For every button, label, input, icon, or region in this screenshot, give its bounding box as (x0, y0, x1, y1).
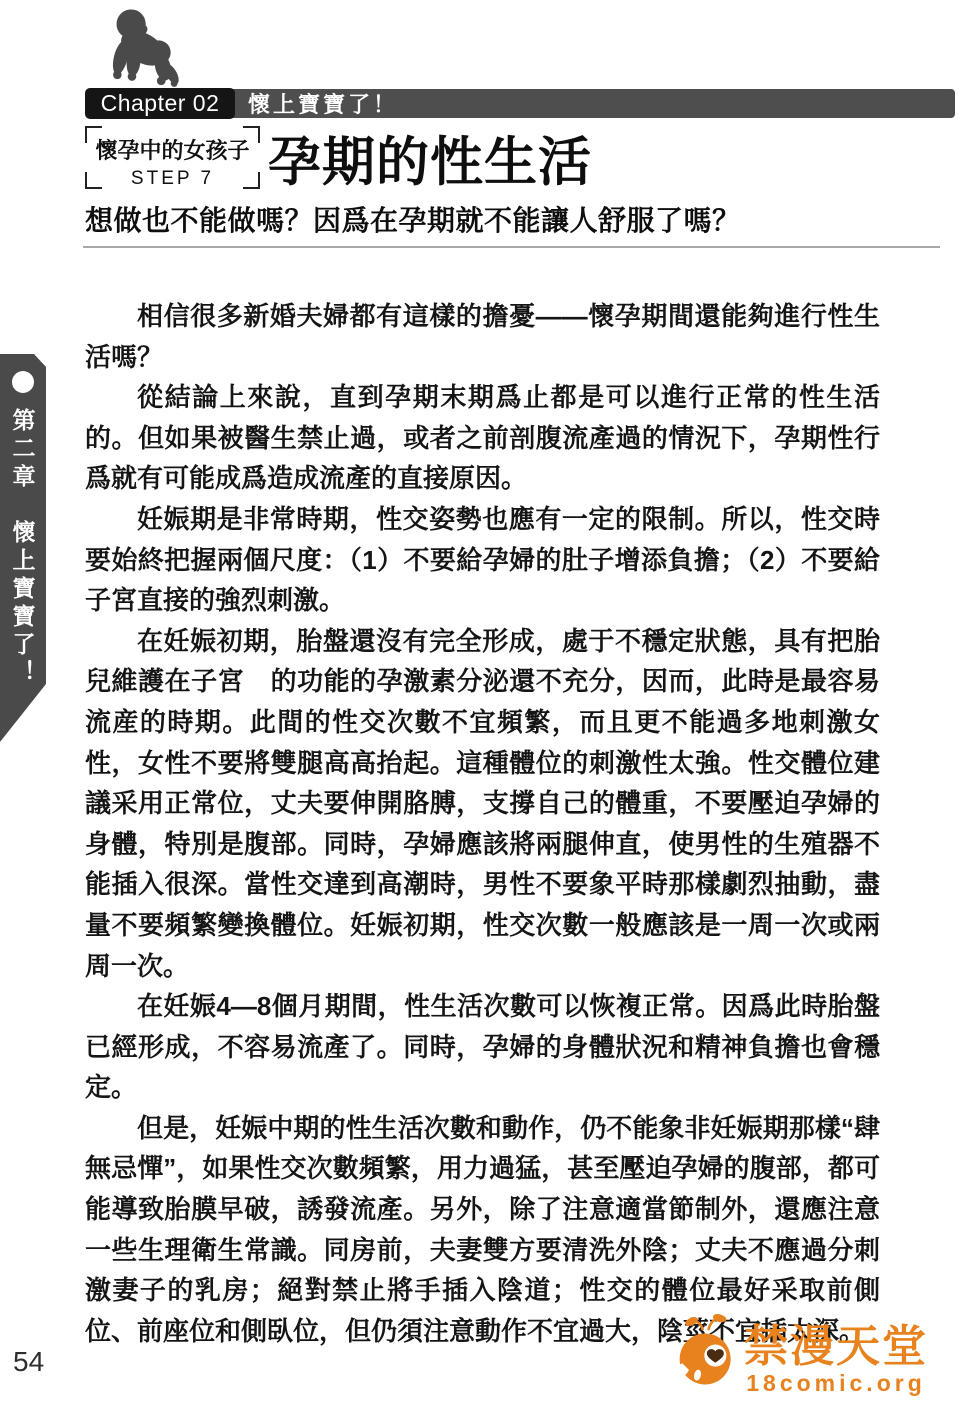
subtitle-divider (83, 246, 940, 248)
chapter-side-tab: 第二章 懷上寶寶了！ (0, 354, 46, 742)
step-number-label: STEP 7 (85, 168, 260, 190)
book-page: Chapter 02 懷上寶寶了！ 懷孕中的女孩子 STEP 7 孕期的性生活 … (0, 0, 960, 1407)
body-text: 相信很多新婚夫婦都有這樣的擔憂——懷孕期間還能夠進行性生活嗎？從結論上來說，直到… (85, 296, 880, 1351)
bracket-corner-icon (243, 172, 260, 189)
side-tab-label: 第二章 懷上寶寶了！ (7, 408, 40, 688)
watermark-site-url: 18comic.org (746, 1370, 926, 1397)
chapter-bar: Chapter 02 懷上寶寶了！ (85, 88, 955, 119)
body-paragraph: 在妊娠4—8個月期間，性生活次數可以恢複正常。因爲此時胎盤已經形成，不容易流產了… (85, 986, 880, 1108)
body-paragraph: 在妊娠初期，胎盤還沒有完全形成，處于不穩定狀態，具有把胎兒維護在子宮 的功能的孕… (85, 621, 880, 986)
section-subtitle: 想做也不能做嗎？因爲在孕期就不能讓人舒服了嗎？ (85, 199, 741, 239)
step-box: 懷孕中的女孩子 STEP 7 (85, 126, 260, 189)
mascot-icon (672, 1311, 740, 1395)
step-group-label: 懷孕中的女孩子 (85, 134, 260, 165)
page-number: 54 (13, 1346, 44, 1378)
chapter-label: Chapter 02 (85, 88, 235, 119)
body-paragraph: 從結論上來說，直到孕期末期爲止都是可以進行正常的性生活的。但如果被醫生禁止過，或… (85, 377, 880, 499)
bracket-corner-icon (85, 172, 102, 189)
baby-icon (94, 6, 182, 92)
body-paragraph: 妊娠期是非常時期，性交姿勢也應有一定的限制。所以，性交時要始終把握兩個尺度：（1… (85, 499, 880, 621)
bracket-corner-icon (85, 126, 102, 143)
bullet-dot-icon (12, 371, 34, 393)
bracket-corner-icon (243, 126, 260, 143)
chapter-title: 懷上寶寶了！ (232, 89, 955, 118)
watermark-site-name: 禁漫天堂 (744, 1325, 928, 1369)
body-paragraph: 相信很多新婚夫婦都有這樣的擔憂——懷孕期間還能夠進行性生活嗎？ (85, 296, 880, 377)
watermark: 禁漫天堂 18comic.org (672, 1311, 928, 1397)
section-title: 孕期的性生活 (268, 120, 592, 196)
